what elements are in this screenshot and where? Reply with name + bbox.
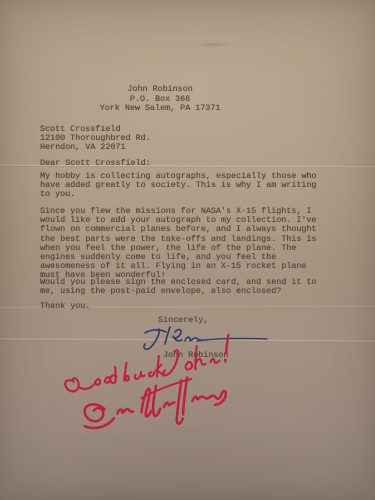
red-ink-inscription-good-luck-john	[60, 352, 252, 408]
salutation-line: Dear Scott Crossfield:	[40, 159, 151, 168]
sender-address-block: John Robinson P.O. Box 366 York New Sale…	[95, 85, 225, 114]
body-paragraph-2: Since you flew the missions for NASA's X…	[40, 207, 316, 281]
body-paragraph-1: My hobby is collecting autographs, espec…	[40, 172, 316, 200]
letter-photo: John Robinson P.O. Box 366 York New Sale…	[0, 0, 375, 500]
typed-signature-name: John Robinson	[163, 351, 228, 360]
body-paragraph-3: Would you please sign the enclosed card,…	[40, 278, 316, 296]
closing-line: Sincerely,	[158, 316, 208, 325]
red-ink-signature-scott-crossfield	[70, 385, 234, 447]
thank-you-line: Thank you.	[40, 302, 90, 311]
recipient-address-block: Scott Crossfield 12100 Thoroughbred Rd. …	[40, 125, 151, 153]
paper-blemish	[196, 42, 232, 47]
fold-crease-bottom	[0, 338, 375, 343]
